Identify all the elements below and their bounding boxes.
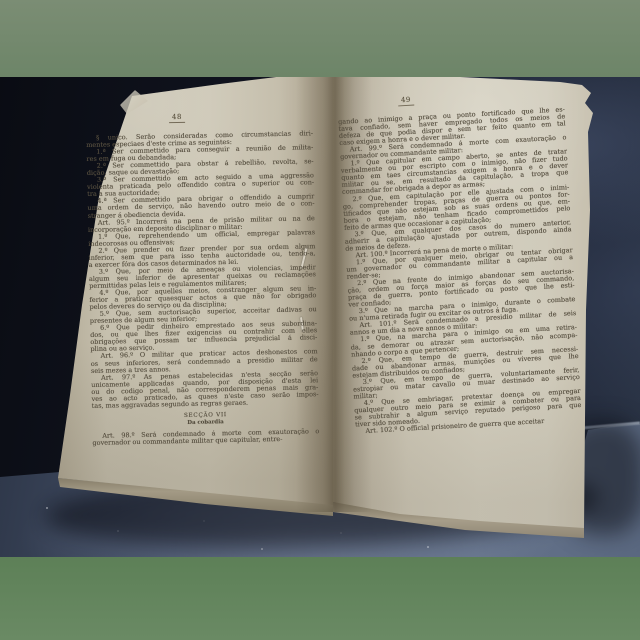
left-page-text: § unico. Serão consideradas como circums…	[86, 130, 319, 447]
letterbox-band-top	[0, 0, 640, 77]
right-page-text: gando ao inimigo a praça ou ponto fortif…	[338, 106, 582, 435]
letterbox-band-bottom	[0, 557, 640, 640]
right-page-number: 49	[398, 96, 414, 107]
book-photo: 48 49 § unico. Serão consideradas como c…	[0, 0, 640, 640]
left-page-number: 48	[169, 113, 185, 123]
